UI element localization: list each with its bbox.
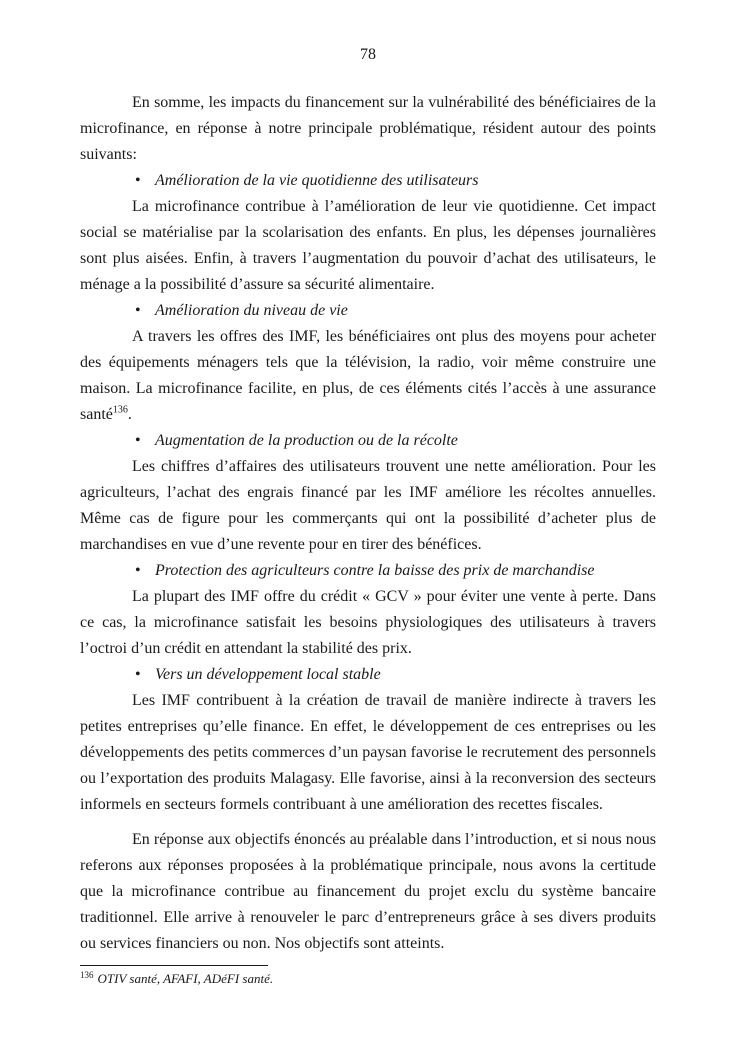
footnote-separator (80, 965, 268, 966)
section-body-2-end: . (128, 406, 132, 423)
footnote-area: 136OTIV santé, AFAFI, ADéFI santé. (80, 965, 656, 989)
bullet-icon: • (135, 298, 155, 324)
bullet-title-4: Protection des agriculteurs contre la ba… (155, 562, 594, 579)
section-body-5: Les IMF contribuent à la création de tra… (80, 688, 656, 818)
bullet-title-1: Amélioration de la vie quotidienne des u… (155, 172, 479, 189)
bullet-item-2: •Amélioration du niveau de vie (80, 298, 656, 324)
footnote-text: OTIV santé, AFAFI, ADéFI santé. (98, 971, 274, 986)
footnote: 136OTIV santé, AFAFI, ADéFI santé. (80, 969, 656, 989)
closing-paragraph: En réponse aux objectifs énoncés au préa… (80, 827, 656, 957)
section-body-2-text: A travers les offres des IMF, les bénéfi… (80, 328, 656, 423)
bullet-title-5: Vers un développement local stable (155, 666, 381, 683)
bullet-item-3: •Augmentation de la production ou de la … (80, 428, 656, 454)
section-body-4: La plupart des IMF offre du crédit « GCV… (80, 584, 656, 662)
page-number: 78 (80, 42, 656, 68)
section-body-3: Les chiffres d’affaires des utilisateurs… (80, 454, 656, 558)
bullet-item-1: •Amélioration de la vie quotidienne des … (80, 168, 656, 194)
bullet-title-3: Augmentation de la production ou de la r… (155, 432, 458, 449)
bullet-icon: • (135, 168, 155, 194)
bullet-title-2: Amélioration du niveau de vie (155, 302, 348, 319)
bullet-item-4: •Protection des agriculteurs contre la b… (80, 558, 656, 584)
bullet-item-5: •Vers un développement local stable (80, 662, 656, 688)
section-body-1: La microfinance contribue à l’améliorati… (80, 194, 656, 298)
bullet-icon: • (135, 558, 155, 584)
bullet-icon: • (135, 428, 155, 454)
footnote-reference: 136 (113, 405, 128, 416)
bullet-icon: • (135, 662, 155, 688)
intro-paragraph: En somme, les impacts du financement sur… (80, 90, 656, 168)
document-page: 78 En somme, les impacts du financement … (0, 0, 745, 1053)
section-body-2: A travers les offres des IMF, les bénéfi… (80, 324, 656, 428)
footnote-number: 136 (80, 970, 94, 980)
